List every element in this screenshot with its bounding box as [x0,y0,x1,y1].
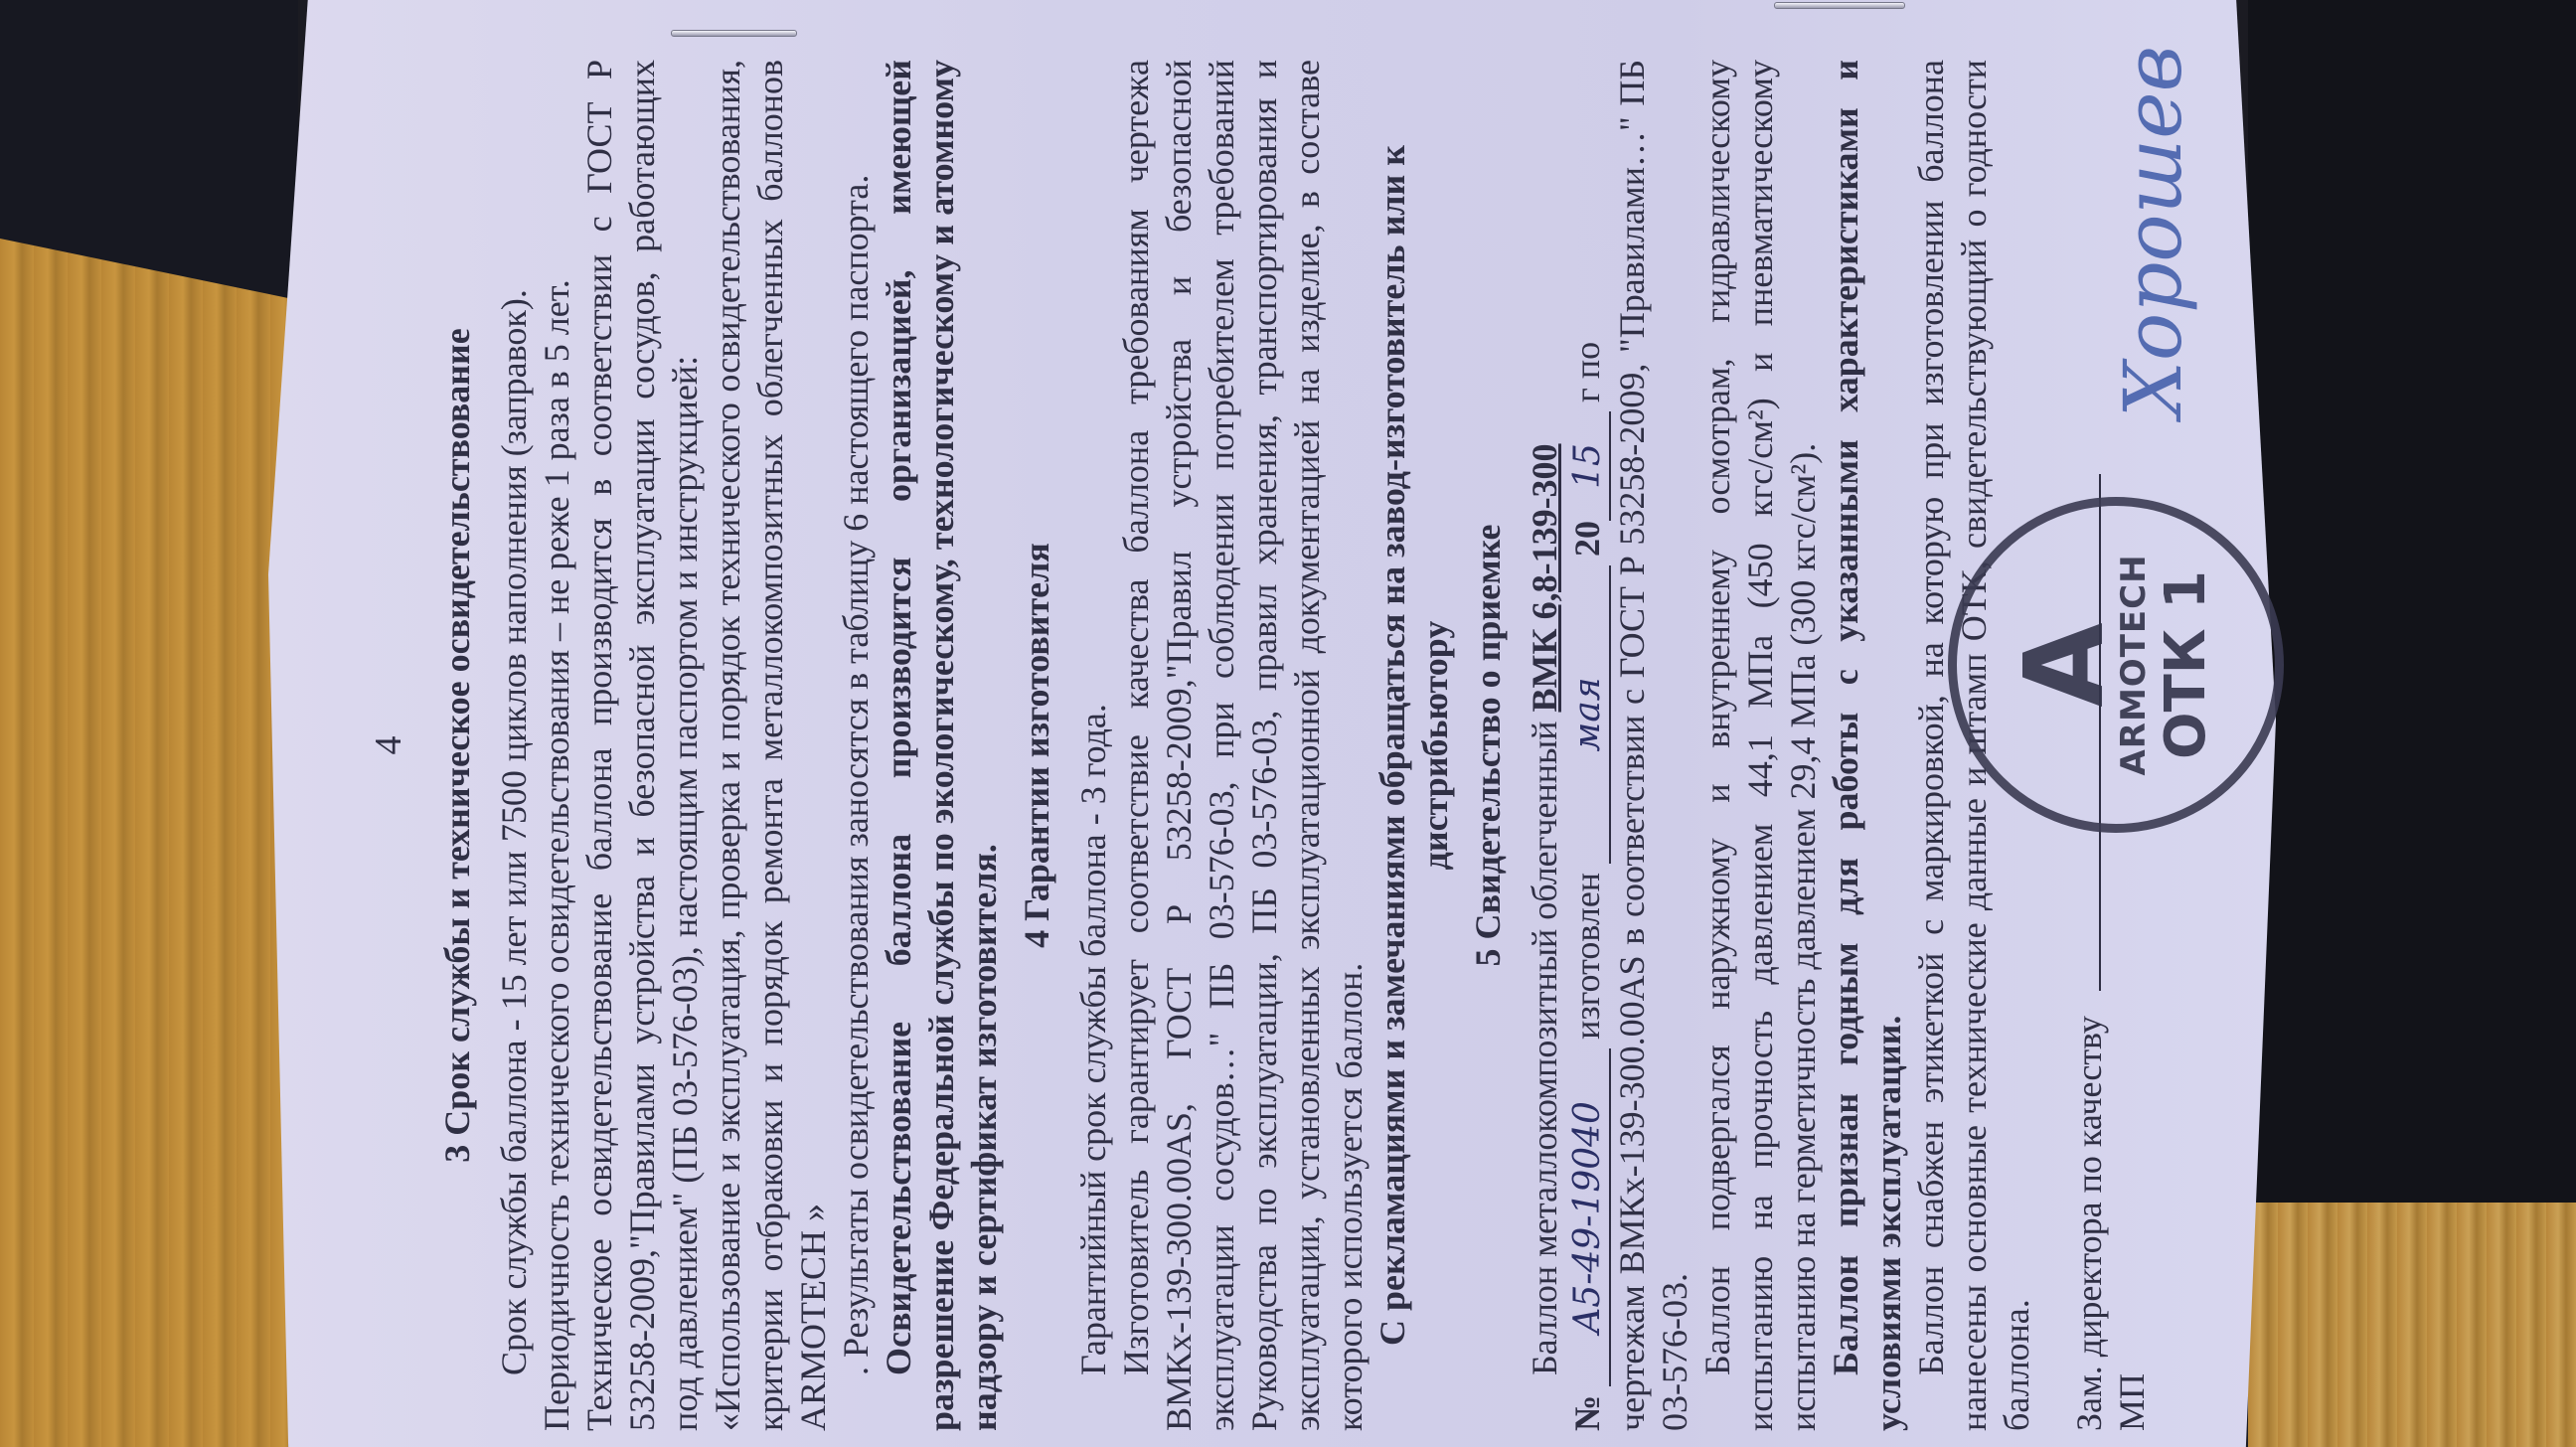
stamp-department: ОТК 1 [2154,570,2218,759]
section-3-heading: 3 Срок службы и техническое освидетельст… [436,60,479,1431]
section-4-heading: 4 Гарантии изготовителя [1016,60,1058,1431]
cylinder-description: Баллон металлокомпозитный облегченный [1525,722,1564,1375]
results-text: . Результаты освидетельствования заносят… [835,60,878,1431]
signatory-title: Зам. директора по качеству [2069,1016,2109,1431]
inspection-rules-text: Техническое освидетельствование баллона … [578,60,707,1431]
instruction-title-text: «Использование и эксплуатация, проверка … [707,60,835,1431]
drawings-compliance-text: чертежам ВМКх-139-300.00AS в соответстви… [1611,60,1696,1431]
page-number: 4 [368,60,410,1431]
inspection-organization-text: Освидетельствование баллона производится… [878,60,1006,1431]
wooden-table-surface-right [2248,1203,2576,1447]
tests-text: Баллон подвергался наружному и внутренне… [1696,60,1825,1431]
document-page: 4 3 Срок службы и техническое освидетель… [368,60,2137,1431]
warranty-period-text: Гарантийный срок службы баллона - 3 года… [1072,60,1115,1431]
serial-number-field: A5-49-19040 [1566,1048,1611,1386]
fitness-text: Баллон признан годным для работы с указа… [1825,60,1910,1431]
wooden-table-surface [0,239,288,1447]
staple-icon [671,30,797,37]
year-field: 15 [1566,411,1611,521]
inspection-period-text: Периодичность технического освидетельств… [536,60,578,1431]
service-life-text: Срок службы баллона - 15 лет или 7500 ци… [493,60,536,1431]
month-field: мая [1566,565,1611,864]
armotech-logo-icon: A [2014,622,2114,707]
complaints-text: С рекламациями и замечаниями обращаться … [1371,60,1457,1431]
section-5-heading: 5 Свидетельство о приемке [1467,60,1510,1431]
manufactured-label: изготовлен [1567,873,1607,1040]
year-prefix: 20 [1567,521,1607,557]
otk-stamp: A ARMOTECH ОТК 1 [1948,497,2284,833]
staple-icon [1774,2,1905,9]
year-suffix: г по [1567,342,1607,402]
cylinder-model: ВМК 6,8-139-300 [1525,443,1564,712]
number-label: № [1567,1395,1607,1431]
stamp-brand: ARMOTECH [2114,554,2154,775]
manufacturer-guarantee-text: Изготовитель гарантирует соответствие ка… [1115,60,1371,1431]
handwritten-signature: Хорошев [2107,46,2199,417]
